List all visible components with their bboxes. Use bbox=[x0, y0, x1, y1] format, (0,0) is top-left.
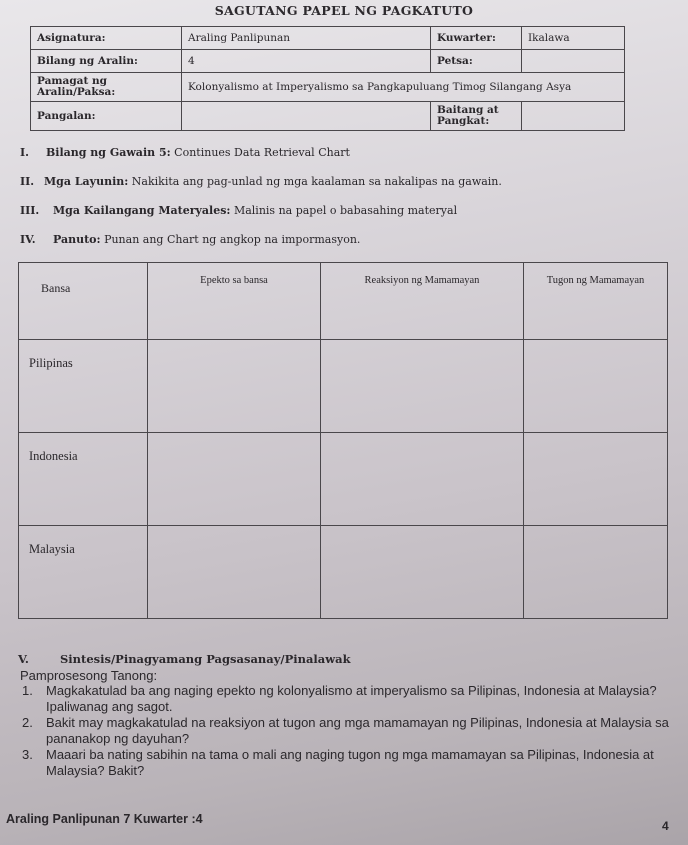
reaksiyon-cell[interactable] bbox=[321, 526, 524, 619]
epekto-cell[interactable] bbox=[148, 433, 321, 526]
header-tugon: Tugon ng Mamamayan bbox=[524, 263, 668, 340]
reaksiyon-cell[interactable] bbox=[321, 433, 524, 526]
asignatura-label: Asignatura: bbox=[31, 27, 182, 50]
pamagat-label: Pamagat ngAralin/Paksa: bbox=[31, 73, 182, 102]
country-pilipinas: Pilipinas bbox=[19, 340, 148, 433]
section-2: II.Mga Layunin: Nakikita ang pag-unlad n… bbox=[20, 175, 502, 188]
worksheet-title: SAGUTANG PAPEL NG PAGKATUTO bbox=[0, 3, 688, 18]
tugon-cell[interactable] bbox=[524, 433, 668, 526]
processing-questions-label: Pamprosesong Tanong: bbox=[20, 668, 686, 683]
info-table: Asignatura: Araling Panlipunan Kuwarter:… bbox=[30, 26, 625, 131]
question-1: 1.Magkakatulad ba ang naging epekto ng k… bbox=[22, 683, 686, 715]
footer-text: Araling Panlipunan 7 Kuwarter :4 bbox=[6, 812, 203, 826]
header-bansa: Bansa bbox=[19, 263, 148, 340]
section-3: III.Mga Kailangang Materyales: Malinis n… bbox=[20, 204, 457, 217]
kuwarter-label: Kuwarter: bbox=[431, 27, 522, 50]
question-3: 3.Maaari ba nating sabihin na tama o mal… bbox=[22, 747, 686, 779]
tugon-cell[interactable] bbox=[524, 340, 668, 433]
petsa-label: Petsa: bbox=[431, 50, 522, 73]
kuwarter-value: Ikalawa bbox=[522, 27, 625, 50]
country-indonesia: Indonesia bbox=[19, 433, 148, 526]
data-retrieval-chart: Bansa Epekto sa bansa Reaksiyon ng Mamam… bbox=[18, 262, 668, 619]
bilang-label: Bilang ng Aralin: bbox=[31, 50, 182, 73]
pamagat-value: Kolonyalismo at Imperyalismo sa Pangkapu… bbox=[182, 73, 625, 102]
asignatura-value: Araling Panlipunan bbox=[182, 27, 431, 50]
baitang-field[interactable] bbox=[522, 102, 625, 131]
country-malaysia: Malaysia bbox=[19, 526, 148, 619]
petsa-field[interactable] bbox=[522, 50, 625, 73]
pangalan-label: Pangalan: bbox=[31, 102, 182, 131]
section-4: IV.Panuto: Punan ang Chart ng angkop na … bbox=[20, 233, 360, 246]
table-row: Malaysia bbox=[19, 526, 668, 619]
header-reaksiyon: Reaksiyon ng Mamamayan bbox=[321, 263, 524, 340]
table-row: Pilipinas bbox=[19, 340, 668, 433]
epekto-cell[interactable] bbox=[148, 526, 321, 619]
bilang-value: 4 bbox=[182, 50, 431, 73]
header-epekto: Epekto sa bansa bbox=[148, 263, 321, 340]
page-number: 4 bbox=[662, 819, 669, 833]
synthesis-section: V.Sintesis/Pinagyamang Pagsasanay/Pinala… bbox=[18, 652, 686, 779]
reaksiyon-cell[interactable] bbox=[321, 340, 524, 433]
pangalan-field[interactable] bbox=[182, 102, 431, 131]
synthesis-heading: V.Sintesis/Pinagyamang Pagsasanay/Pinala… bbox=[18, 652, 686, 666]
baitang-label: Baitang atPangkat: bbox=[431, 102, 522, 131]
section-1: I.Bilang ng Gawain 5: Continues Data Ret… bbox=[20, 146, 350, 159]
question-2: 2.Bakit may magkakatulad na reaksiyon at… bbox=[22, 715, 686, 747]
epekto-cell[interactable] bbox=[148, 340, 321, 433]
table-row: Indonesia bbox=[19, 433, 668, 526]
tugon-cell[interactable] bbox=[524, 526, 668, 619]
